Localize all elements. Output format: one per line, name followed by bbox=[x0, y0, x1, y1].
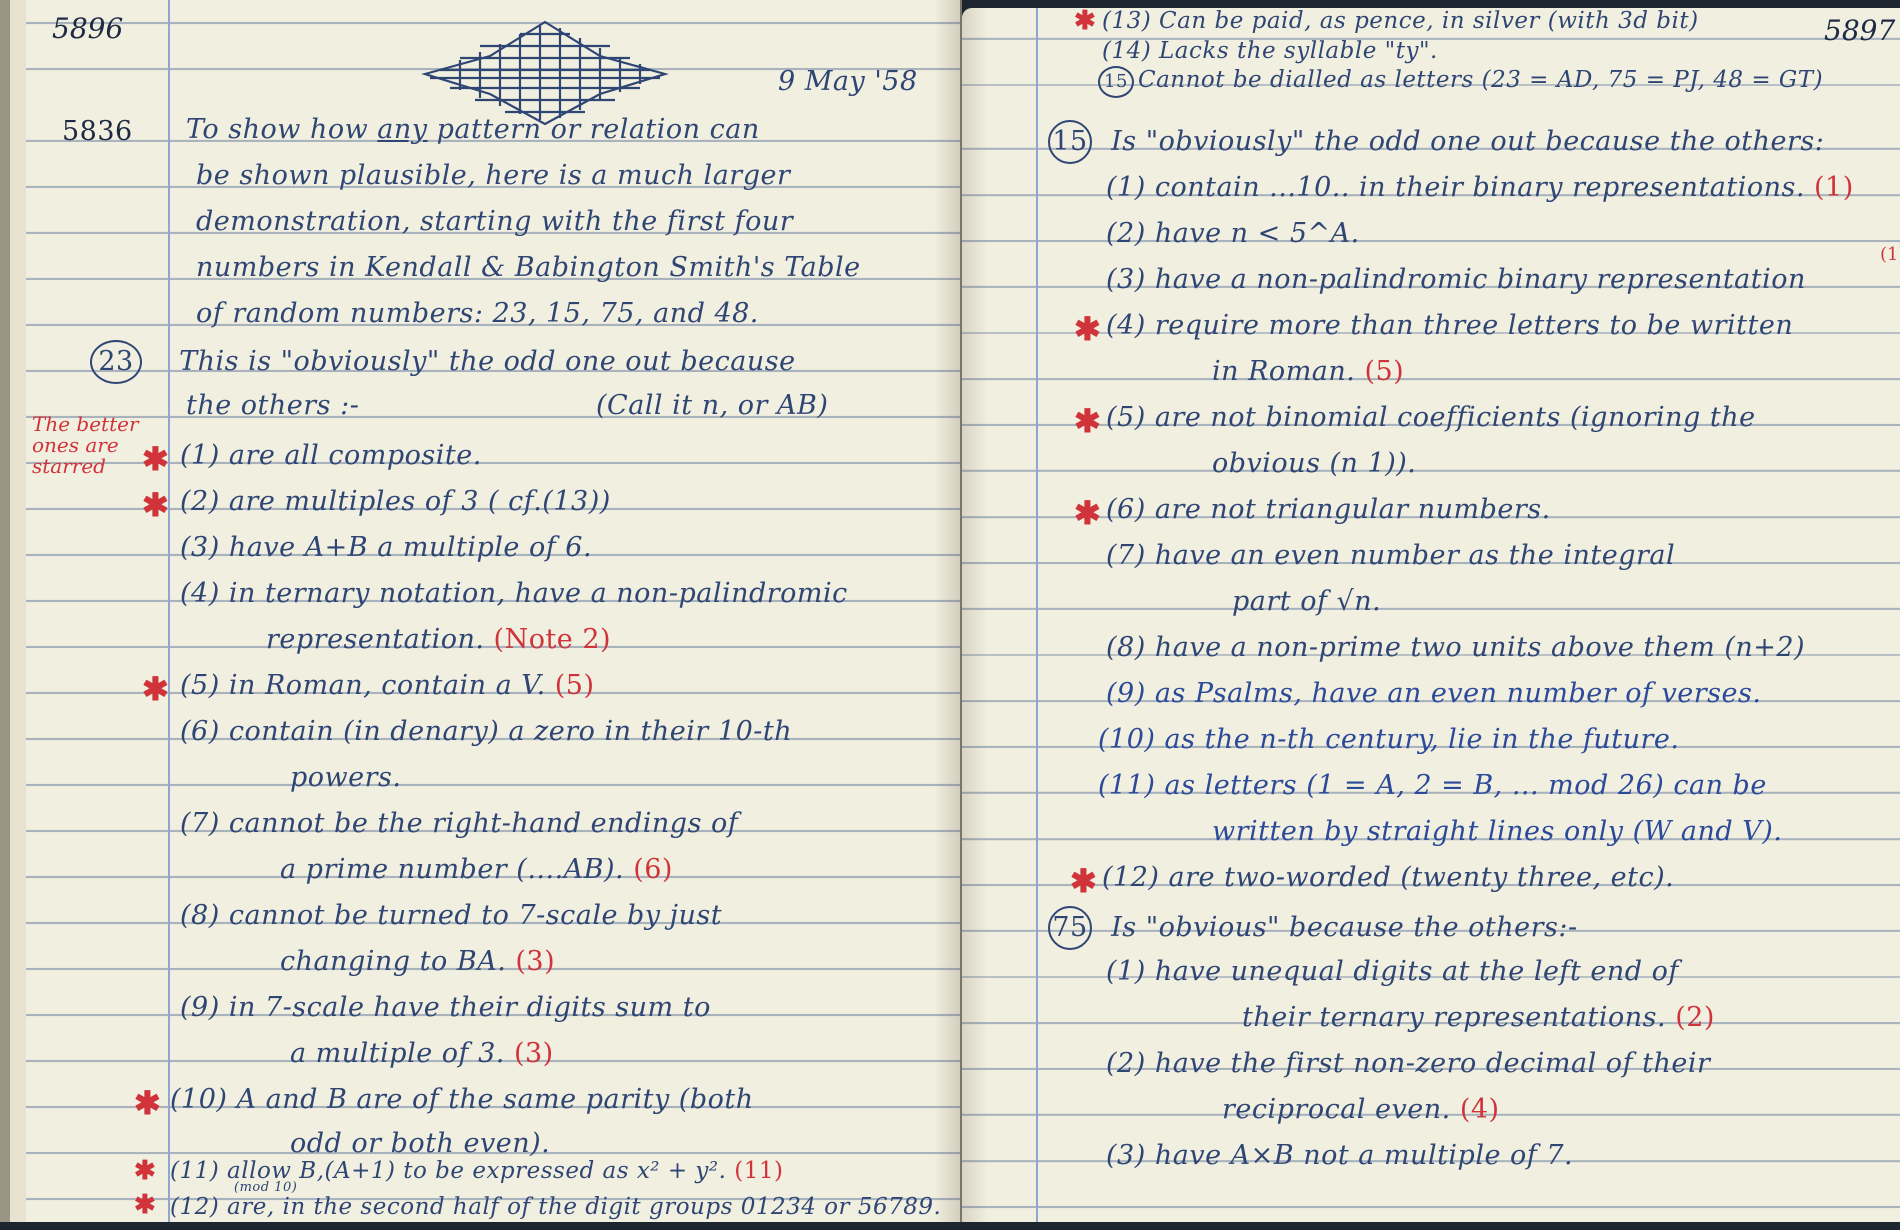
item-text: in Roman, contain a V. bbox=[229, 670, 546, 701]
item-15-6: (6) are not triangular numbers. bbox=[1106, 494, 1551, 525]
item-15-10: (10) as the n-th century, lie in the fut… bbox=[1098, 724, 1680, 755]
item-23-10: (10) A and B are of the same parity (bot… bbox=[170, 1084, 754, 1115]
crosshatch-doodle-icon bbox=[420, 16, 670, 126]
item-23-4-cont: representation. (Note 2) bbox=[266, 624, 611, 655]
item-num: (4) bbox=[180, 578, 220, 609]
item-num: (4) bbox=[1106, 310, 1146, 341]
item-23-12: (12) are, in the second half of the digi… bbox=[170, 1194, 941, 1220]
item-text: a multiple of 3. bbox=[290, 1038, 505, 1069]
mod-10-subnote: (mod 10) bbox=[234, 1180, 297, 1195]
ref-note: (1) bbox=[1814, 172, 1854, 203]
ref-note: (6) bbox=[633, 854, 673, 885]
ref-note: (3) bbox=[514, 1038, 554, 1069]
item-num: (12) bbox=[1102, 862, 1159, 893]
ref-note: (2) bbox=[1675, 1002, 1715, 1033]
item-text: have the first non-zero decimal of their bbox=[1155, 1048, 1711, 1079]
item-75-2: (2) have the first non-zero decimal of t… bbox=[1106, 1048, 1710, 1079]
item-23-14: (14) Lacks the syllable "ty". bbox=[1102, 38, 1438, 64]
margin-note-better-starred: The better ones are starred bbox=[32, 414, 139, 477]
item-text: have a non-prime two units above them (n… bbox=[1155, 632, 1805, 663]
item-num: (14) bbox=[1102, 38, 1151, 64]
item-15-2: (2) have n < 5^A. bbox=[1106, 218, 1360, 249]
item-text: contain ...10.. in their binary represen… bbox=[1155, 172, 1805, 203]
item-num: (8) bbox=[180, 900, 220, 931]
star-icon: ✱ bbox=[134, 1156, 156, 1186]
item-text: have A×B not a multiple of 7. bbox=[1155, 1140, 1573, 1171]
item-text: have an even number as the integral bbox=[1155, 540, 1675, 571]
margin-note-line: The better bbox=[32, 414, 139, 435]
item-num: (8) bbox=[1106, 632, 1146, 663]
star-icon: ✱ bbox=[1074, 310, 1101, 348]
item-23-6: (6) contain (in denary) a zero in their … bbox=[180, 716, 792, 747]
ref-note: (Note 2) bbox=[494, 624, 612, 655]
item-text: Cannot be dialled as letters (23 = AD, 7… bbox=[1138, 67, 1823, 93]
item-text: in 7-scale have their digits sum to bbox=[229, 992, 711, 1023]
star-icon: ✱ bbox=[1074, 402, 1101, 440]
item-15-5-cont: obvious (n 1)). bbox=[1212, 448, 1416, 479]
margin-rule bbox=[1036, 8, 1038, 1222]
item-23-9-cont: a multiple of 3. (3) bbox=[290, 1038, 554, 1069]
section-23-heading-cont: the others :- bbox=[186, 390, 359, 421]
star-icon: ✱ bbox=[1074, 8, 1096, 36]
item-15-8: (8) have a non-prime two units above the… bbox=[1106, 632, 1805, 663]
intro-line-5: of random numbers: 23, 15, 75, and 48. bbox=[196, 298, 759, 329]
underlined-word: any bbox=[377, 114, 427, 145]
item-15-11-cont: written by straight lines only (W and V)… bbox=[1212, 816, 1782, 847]
item-text: are, in the second half of the digit gro… bbox=[227, 1194, 941, 1220]
item-text: representation. bbox=[266, 624, 484, 655]
item-num: (5) bbox=[1106, 402, 1146, 433]
item-text: in Roman. bbox=[1212, 356, 1355, 387]
entry-number: 5836 bbox=[62, 116, 133, 147]
item-text: as the n-th century, lie in the future. bbox=[1165, 724, 1680, 755]
item-num: (2) bbox=[1106, 1048, 1146, 1079]
section-75-heading: Is "obvious" because the others:- bbox=[1111, 912, 1578, 943]
item-text: cannot be turned to 7-scale by just bbox=[229, 900, 722, 931]
item-text: are all composite. bbox=[229, 440, 482, 471]
item-num: (11) bbox=[1098, 770, 1155, 801]
item-23-2: (2) are multiples of 3 ( cf.(13)) bbox=[180, 486, 611, 517]
item-15-4: (4) require more than three letters to b… bbox=[1106, 310, 1793, 341]
star-icon: ✱ bbox=[142, 486, 169, 524]
intro-line-2: be shown plausible, here is a much large… bbox=[196, 160, 790, 191]
item-num: (11) bbox=[170, 1158, 219, 1184]
item-23-8-cont: changing to BA. (3) bbox=[280, 946, 555, 977]
item-text: contain (in denary) a zero in their 10-t… bbox=[229, 716, 792, 747]
item-num: (9) bbox=[1106, 678, 1146, 709]
item-num: (6) bbox=[1106, 494, 1146, 525]
item-text: as letters (1 = A, 2 = B, ... mod 26) ca… bbox=[1165, 770, 1767, 801]
item-text: Lacks the syllable "ty". bbox=[1159, 38, 1438, 64]
desk-edge bbox=[0, 1222, 1900, 1230]
star-icon: ✱ bbox=[1074, 494, 1101, 532]
ref-note: (4) bbox=[1460, 1094, 1500, 1125]
star-icon: ✱ bbox=[142, 440, 169, 478]
item-75-1: (1) have unequal digits at the left end … bbox=[1106, 956, 1679, 987]
ref-note: (5) bbox=[555, 670, 595, 701]
item-num: (10) bbox=[1098, 724, 1155, 755]
item-text: allow B,(A+1) to be expressed as x² + y²… bbox=[227, 1158, 726, 1184]
item-15-11: (11) as letters (1 = A, 2 = B, ... mod 2… bbox=[1098, 770, 1767, 801]
item-text: changing to BA. bbox=[280, 946, 506, 977]
page-number: 5896 bbox=[52, 12, 123, 45]
ref-note: (11) bbox=[734, 1158, 783, 1184]
call-note: (Call it n, or AB) bbox=[596, 390, 828, 421]
item-23-8: (8) cannot be turned to 7-scale by just bbox=[180, 900, 722, 931]
margin-note-line: ones are bbox=[32, 435, 139, 456]
item-23-1: (1) are all composite. bbox=[180, 440, 482, 471]
item-num: (2) bbox=[1106, 218, 1146, 249]
gutter-shadow bbox=[934, 0, 960, 1222]
item-num: (1) bbox=[1106, 956, 1146, 987]
item-text: have n < 5^A. bbox=[1155, 218, 1360, 249]
item-text: A and B are of the same parity (both bbox=[237, 1084, 754, 1115]
item-text: are two-worded (twenty three, etc). bbox=[1169, 862, 1675, 893]
item-text: cannot be the right-hand endings of bbox=[229, 808, 738, 839]
section-15-heading: Is "obviously" the odd one out because t… bbox=[1111, 126, 1824, 157]
item-num: (6) bbox=[180, 716, 220, 747]
item-num: (7) bbox=[1106, 540, 1146, 571]
section-75-heading-row: 75 Is "obvious" because the others:- bbox=[1048, 906, 1578, 950]
section-23-heading-row: 23 This is "obviously" the odd one out b… bbox=[90, 340, 796, 384]
item-text: Can be paid, as pence, in silver (with 3… bbox=[1159, 8, 1699, 34]
item-text: are not binomial coefficients (ignoring … bbox=[1155, 402, 1756, 433]
item-text: reciprocal even. bbox=[1222, 1094, 1451, 1125]
circled-number-75: 75 bbox=[1048, 906, 1092, 950]
notebook-spread: 5896 9 May '58 5836 To show how any patt… bbox=[0, 0, 1900, 1230]
item-num: (9) bbox=[180, 992, 220, 1023]
item-23-10-cont: odd or both even). bbox=[290, 1128, 550, 1159]
item-75-1-cont: their ternary representations. (2) bbox=[1242, 1002, 1715, 1033]
star-icon: ✱ bbox=[1070, 862, 1097, 900]
item-text: have unequal digits at the left end of bbox=[1155, 956, 1679, 987]
item-text: in ternary notation, have a non-palindro… bbox=[229, 578, 848, 609]
item-23-5: (5) in Roman, contain a V. (5) bbox=[180, 670, 595, 701]
star-icon: ✱ bbox=[134, 1084, 161, 1122]
item-text: have a non-palindromic binary representa… bbox=[1155, 264, 1806, 295]
ref-note: (5) bbox=[1364, 356, 1404, 387]
item-15-4-cont: in Roman. (5) bbox=[1212, 356, 1404, 387]
item-num: (1) bbox=[180, 440, 220, 471]
item-23-13: (13) Can be paid, as pence, in silver (w… bbox=[1102, 8, 1699, 34]
item-num: (3) bbox=[1106, 264, 1146, 295]
section-23-heading: This is "obviously" the odd one out beca… bbox=[179, 346, 795, 377]
item-15-7: (7) have an even number as the integral bbox=[1106, 540, 1675, 571]
item-75-2-cont: reciprocal even. (4) bbox=[1222, 1094, 1500, 1125]
item-75-3: (3) have A×B not a multiple of 7. bbox=[1106, 1140, 1573, 1171]
item-num: (12) bbox=[170, 1194, 219, 1220]
margin-rule bbox=[168, 0, 170, 1222]
section-15-heading-row: 15 Is "obviously" the odd one out becaus… bbox=[1048, 120, 1824, 164]
margin-note-line: starred bbox=[32, 456, 139, 477]
item-num: (5) bbox=[180, 670, 220, 701]
item-23-15: 15Cannot be dialled as letters (23 = AD,… bbox=[1098, 66, 1823, 98]
item-23-4: (4) in ternary notation, have a non-pali… bbox=[180, 578, 848, 609]
item-23-9: (9) in 7-scale have their digits sum to bbox=[180, 992, 711, 1023]
item-23-7-cont: a prime number (....AB). (6) bbox=[280, 854, 673, 885]
entry-date: 9 May '58 bbox=[778, 66, 918, 97]
page-number: 5897 bbox=[1824, 14, 1895, 47]
item-num: (7) bbox=[180, 808, 220, 839]
item-text: a prime number (....AB). bbox=[280, 854, 624, 885]
item-15-12: (12) are two-worded (twenty three, etc). bbox=[1102, 862, 1674, 893]
item-text: require more than three letters to be wr… bbox=[1155, 310, 1793, 341]
item-num: (3) bbox=[1106, 1140, 1146, 1171]
intro-line-4: numbers in Kendall & Babington Smith's T… bbox=[196, 252, 861, 283]
item-15-7-cont: part of √n. bbox=[1232, 586, 1381, 617]
item-num: (1) bbox=[1106, 172, 1146, 203]
item-23-7: (7) cannot be the right-hand endings of bbox=[180, 808, 738, 839]
left-page: 5896 9 May '58 5836 To show how any patt… bbox=[0, 0, 962, 1222]
item-text: are not triangular numbers. bbox=[1155, 494, 1551, 525]
ref-note: (1) bbox=[1880, 244, 1900, 265]
gutter-shadow bbox=[962, 8, 988, 1222]
item-num: (2) bbox=[180, 486, 220, 517]
item-15-1: (1) contain ...10.. in their binary repr… bbox=[1106, 172, 1854, 203]
item-15-3: (3) have a non-palindromic binary repres… bbox=[1106, 264, 1806, 295]
item-23-6-cont: powers. bbox=[290, 762, 401, 793]
circled-number-15-small: 15 bbox=[1098, 66, 1134, 98]
item-text: as Psalms, have an even number of verses… bbox=[1155, 678, 1762, 709]
star-icon: ✱ bbox=[134, 1190, 156, 1220]
circled-number-23: 23 bbox=[90, 340, 142, 384]
item-text: have A+B a multiple of 6. bbox=[229, 532, 592, 563]
circled-number-15: 15 bbox=[1048, 120, 1092, 164]
star-icon: ✱ bbox=[142, 670, 169, 708]
item-text: their ternary representations. bbox=[1242, 1002, 1666, 1033]
intro-line-1: To show how any pattern or relation can bbox=[186, 114, 760, 145]
item-text: are multiples of 3 ( cf.(13)) bbox=[229, 486, 611, 517]
item-15-9: (9) as Psalms, have an even number of ve… bbox=[1106, 678, 1761, 709]
ref-note: (3) bbox=[515, 946, 555, 977]
intro-line-3: demonstration, starting with the first f… bbox=[196, 206, 793, 237]
item-num: (3) bbox=[180, 532, 220, 563]
item-num: (10) bbox=[170, 1084, 227, 1115]
item-num: (13) bbox=[1102, 8, 1151, 34]
right-page: 5897 ✱ (13) Can be paid, as pence, in si… bbox=[962, 8, 1900, 1222]
item-23-3: (3) have A+B a multiple of 6. bbox=[180, 532, 592, 563]
item-15-5: (5) are not binomial coefficients (ignor… bbox=[1106, 402, 1756, 433]
